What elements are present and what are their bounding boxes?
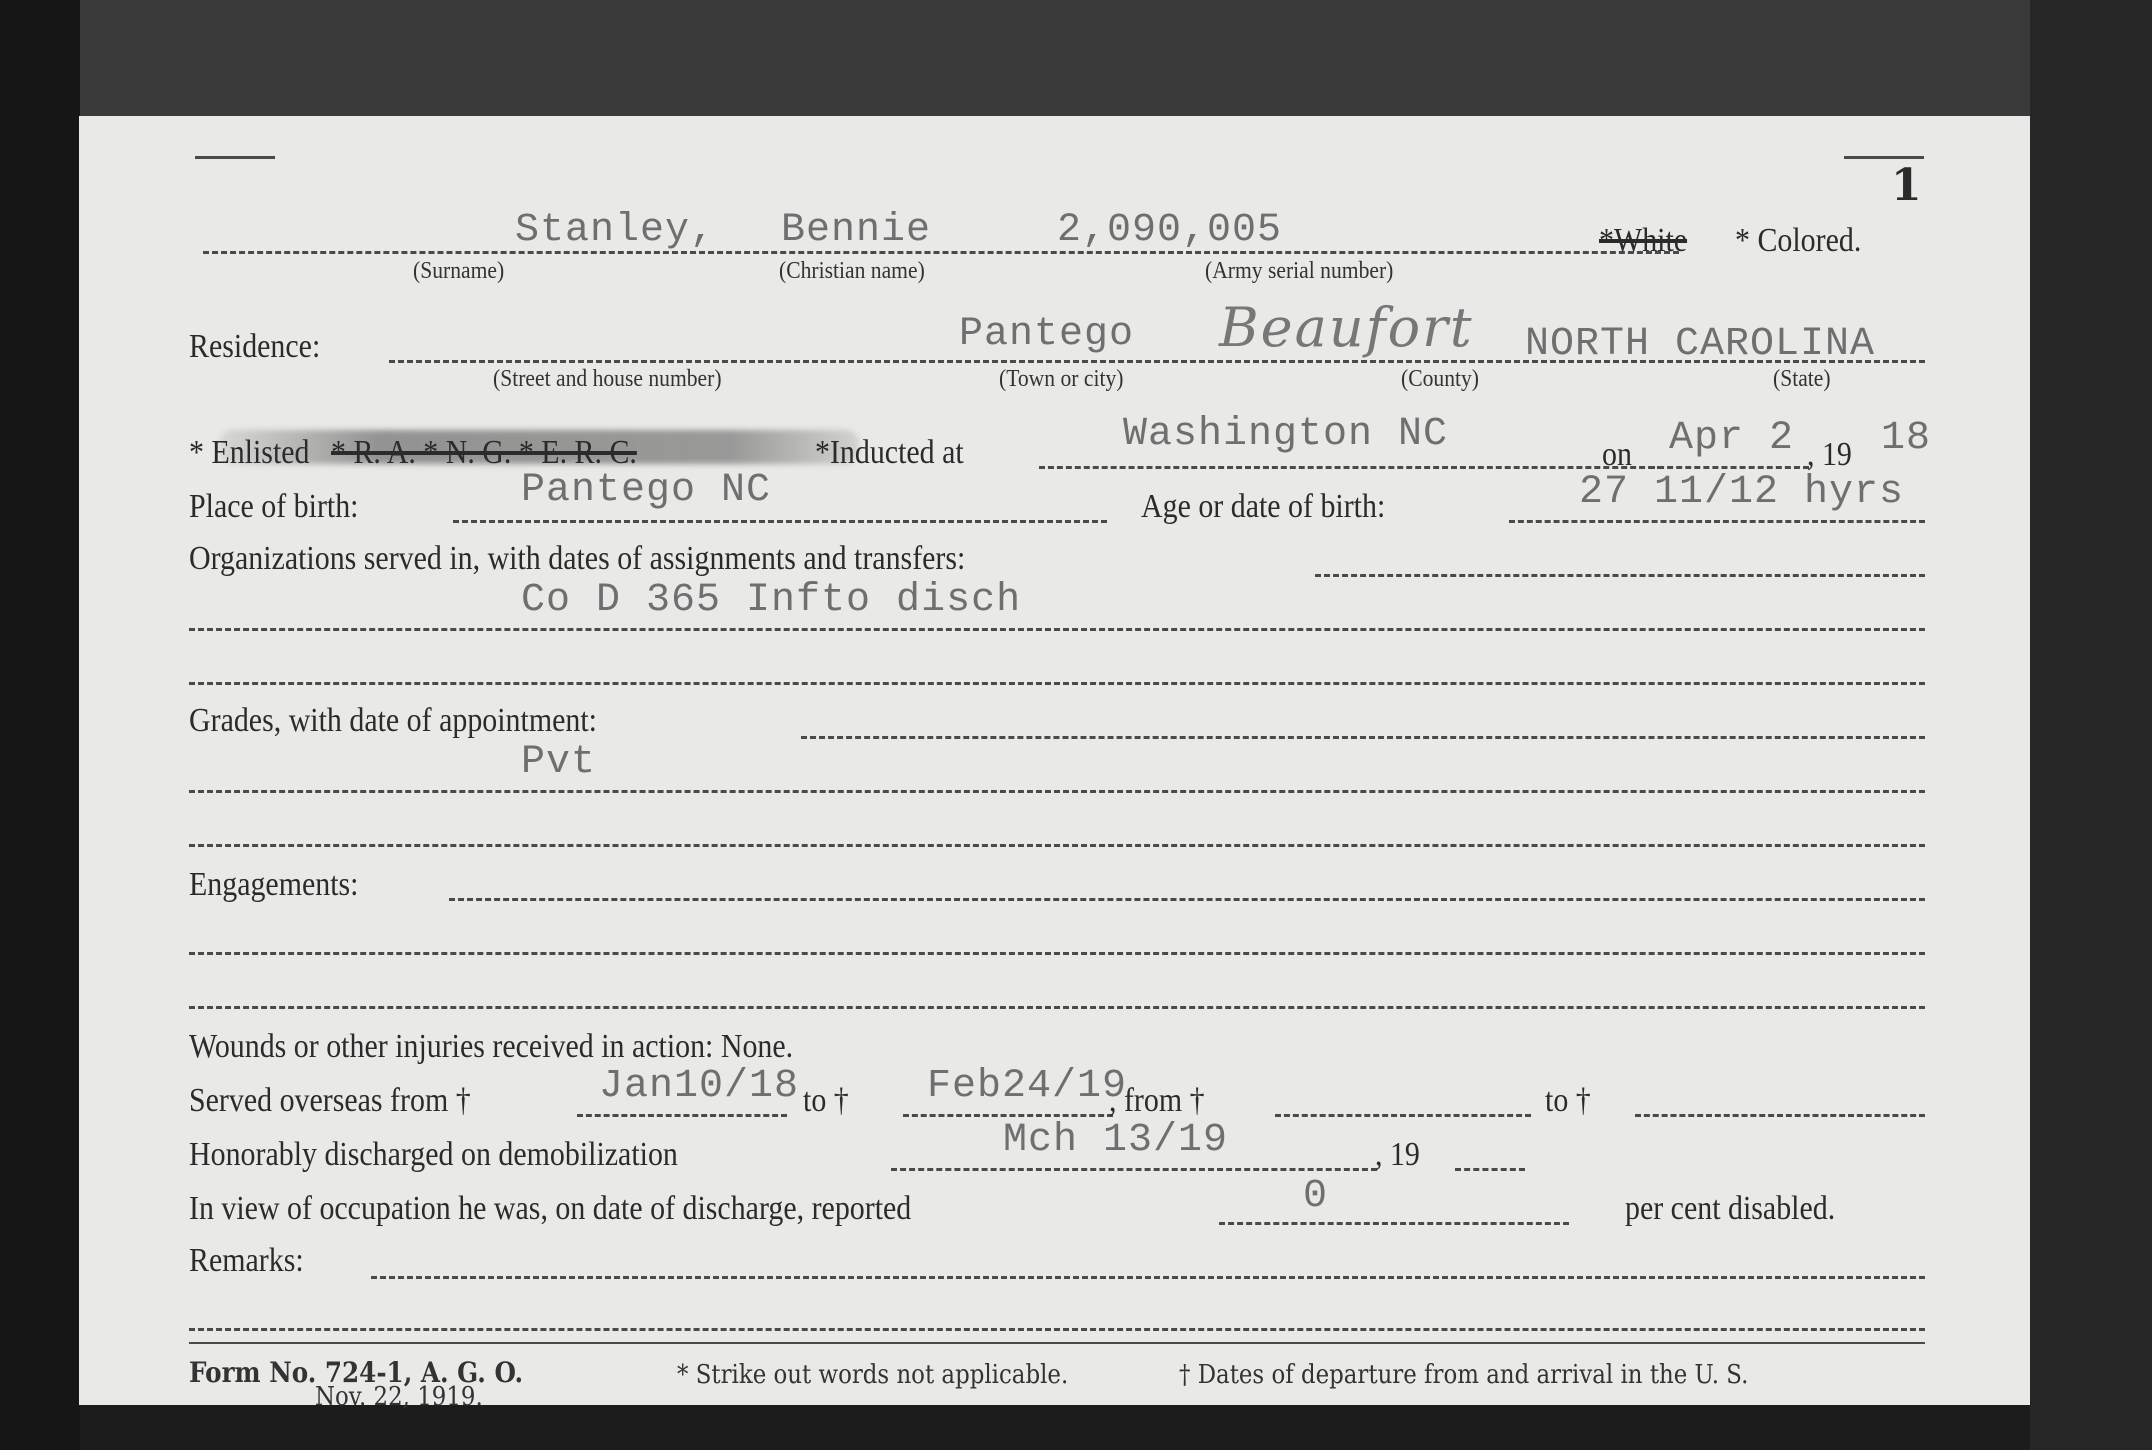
scanner-background-right [2030, 0, 2152, 1450]
dates-note: † Dates of departure from and arrival in… [1179, 1360, 1748, 1390]
county-caption: (County) [1401, 366, 1479, 393]
induction-date-value: Apr 2 [1669, 416, 1794, 461]
residence-label: Residence: [189, 328, 320, 366]
induction-year-value: 18 [1881, 416, 1931, 461]
disability-percent-value: 0 [1303, 1174, 1328, 1219]
serial-number-caption: (Army serial number) [1205, 258, 1393, 285]
discharge-date-value: Mch 13/19 [1003, 1118, 1228, 1163]
ra-ng-erc-options: * R. A. * N. G. * E. R. C. [331, 434, 637, 472]
engagements-label: Engagements: [189, 866, 359, 904]
serial-number-value: 2,090,005 [1057, 208, 1282, 253]
grades-label: Grades, with date of appointment: [189, 702, 597, 740]
age-value: 27 11/12 hyrs [1579, 470, 1904, 515]
remarks-line-1 [371, 1276, 1925, 1279]
organizations-line-2 [189, 628, 1925, 631]
disability-suffix: per cent disabled. [1625, 1190, 1835, 1228]
place-of-birth-line [453, 520, 1107, 523]
surname-caption: (Surname) [413, 258, 504, 285]
remarks-label: Remarks: [189, 1242, 304, 1280]
race-colored-option: * Colored. [1735, 222, 1861, 260]
service-record-card: 1 Stanley, Bennie 2,090,005 *White * Col… [79, 116, 2030, 1405]
year-prefix: , 19 [1807, 436, 1852, 474]
overseas-label: Served overseas from † [189, 1082, 471, 1120]
christian-name-value: Bennie [781, 208, 931, 253]
county-value: Beaufort [1219, 296, 1474, 359]
organizations-line-1 [1315, 574, 1925, 577]
top-right-mark [1844, 156, 1924, 159]
state-caption: (State) [1773, 366, 1831, 393]
inducted-at-value: Washington NC [1123, 412, 1448, 457]
organizations-label: Organizations served in, with dates of a… [189, 540, 965, 578]
card-number: 1 [1891, 160, 1922, 211]
engagements-line-2 [189, 952, 1925, 955]
form-date: Nov. 22, 1919. [315, 1382, 483, 1412]
overseas-to2-label: to † [1545, 1082, 1591, 1120]
overseas-to-value: Feb24/19 [927, 1064, 1127, 1109]
wounds-label: Wounds or other injuries received in act… [189, 1028, 793, 1066]
scanner-background-top [80, 0, 2040, 117]
overseas-to-label: to † [803, 1082, 849, 1120]
grades-line-2 [189, 790, 1925, 793]
race-white-option: *White [1599, 222, 1687, 260]
inducted-line [1039, 466, 1663, 469]
discharge-year-label: , 19 [1375, 1136, 1420, 1174]
discharge-line [891, 1168, 1377, 1171]
place-of-birth-value: Pantego NC [521, 468, 771, 513]
christian-name-caption: (Christian name) [779, 258, 925, 285]
overseas-from2-line [1275, 1114, 1531, 1117]
street-caption: (Street and house number) [493, 366, 722, 393]
scanner-background-left [0, 0, 80, 1450]
inducted-label: *Inducted at [815, 434, 964, 472]
enlisted-option: * Enlisted [189, 434, 310, 472]
organizations-value: Co D 365 Infto disch [521, 578, 1021, 623]
grades-value: Pvt [521, 740, 596, 785]
disability-label: In view of occupation he was, on date of… [189, 1190, 911, 1228]
overseas-from-line [577, 1114, 787, 1117]
place-of-birth-label: Place of birth: [189, 488, 359, 526]
strike-note: * Strike out words not applicable. [677, 1360, 1068, 1390]
disability-line [1219, 1222, 1569, 1225]
overseas-from2-label: , from † [1109, 1082, 1205, 1120]
age-label: Age or date of birth: [1141, 488, 1385, 526]
engagements-line-3 [189, 1006, 1925, 1009]
discharge-label: Honorably discharged on demobilization [189, 1136, 678, 1174]
surname-value: Stanley, [515, 208, 715, 253]
town-value: Pantego [959, 312, 1134, 357]
grades-line-3 [189, 844, 1925, 847]
engagements-line-1 [449, 898, 1925, 901]
overseas-to-line [903, 1114, 1113, 1117]
overseas-from-value: Jan10/18 [599, 1064, 799, 1109]
induction-date-line [1649, 466, 1809, 469]
remarks-line-2 [189, 1328, 1925, 1331]
on-label: on [1602, 436, 1632, 474]
grades-line-1 [801, 736, 1925, 739]
overseas-to2-line [1635, 1114, 1925, 1117]
organizations-line-3 [189, 682, 1925, 685]
state-value: NORTH CAROLINA [1525, 322, 1875, 367]
top-left-mark [195, 156, 275, 159]
discharge-year-line [1455, 1168, 1525, 1171]
town-caption: (Town or city) [999, 366, 1123, 393]
footer-rule [189, 1342, 1925, 1344]
age-line [1509, 520, 1925, 523]
name-line [203, 251, 1679, 254]
